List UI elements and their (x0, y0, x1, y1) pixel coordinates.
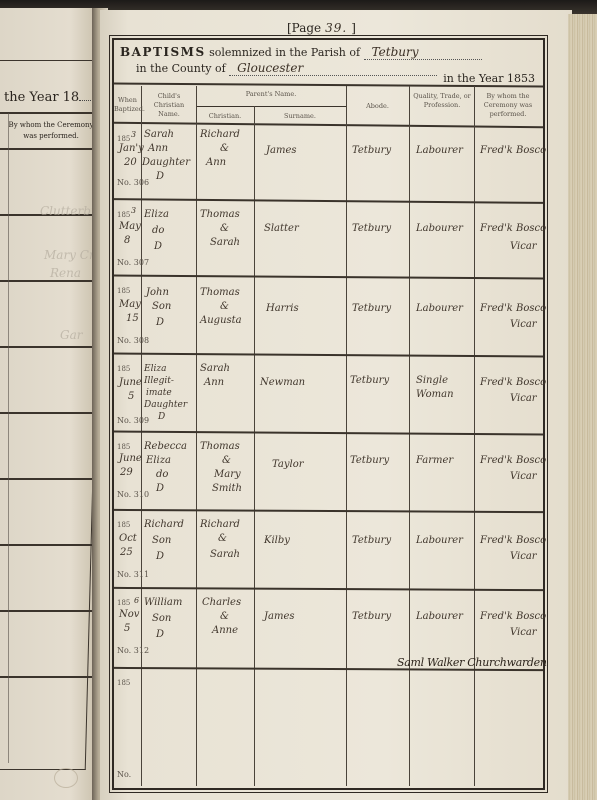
parent-christian-name: Sarah (210, 548, 240, 562)
entry-number: No. 311 (117, 568, 149, 582)
row-divider (114, 353, 543, 357)
surname: James (266, 144, 297, 158)
entry-date: Oct (119, 532, 137, 546)
officiant: Fred'k Bosco (480, 144, 546, 158)
surname: Slatter (264, 222, 299, 236)
entry-date: June (119, 376, 142, 390)
officiant: Fred'k Bosco (480, 222, 546, 236)
row-divider (114, 587, 543, 591)
header-bottom-rule (114, 122, 543, 128)
left-column-header: By whom the Ceremony was performed. (8, 120, 94, 142)
child-name: D (156, 170, 164, 184)
title-parish-label: solemnized in the Parish of (209, 46, 360, 59)
column-divider (141, 86, 142, 786)
year-value: 1853 (507, 72, 535, 85)
column-divider (409, 86, 410, 786)
officiant-title: Vicar (510, 550, 537, 564)
entry-number: No. 310 (117, 488, 149, 502)
entry-number: No. 312 (117, 644, 149, 658)
left-rule (0, 676, 94, 678)
entry-date: 5 (128, 390, 134, 404)
left-rule (0, 610, 94, 612)
parent-christian-name: Ann (204, 376, 224, 390)
entry-number: No. 309 (117, 414, 149, 428)
child-name: D (154, 240, 162, 254)
child-name: D (156, 316, 164, 330)
surname: Kilby (264, 534, 290, 548)
officiant: Fred'k Bosco (480, 454, 546, 468)
title-line-2: in the County of Gloucester (136, 61, 437, 76)
parent-christian-name: Sarah (200, 362, 230, 376)
parents-subheader-rule (196, 106, 346, 107)
parish-name: Tetbury (364, 45, 482, 60)
child-name: William (144, 596, 182, 610)
quality: Woman (416, 388, 454, 402)
header-when-baptized: When Baptized. (114, 96, 141, 114)
surname: James (264, 610, 295, 624)
title-baptisms: BAPTISMS (120, 45, 206, 59)
left-rule (0, 478, 94, 480)
child-name: John (146, 286, 169, 300)
child-name: Daughter (142, 156, 190, 170)
quality: Single (416, 374, 448, 388)
bleed-through-text: Gar (60, 328, 82, 342)
entry-date: 15 (126, 312, 139, 326)
bleed-through-text: Clutterbuck (40, 204, 100, 218)
left-column-divider (8, 113, 9, 763)
entry-year-prefix: 185 (117, 676, 130, 690)
abode: Tetbury (352, 534, 391, 548)
entry-number: No. (117, 768, 131, 782)
parent-christian-name: & (218, 532, 227, 546)
officiant: Fred'k Bosco (480, 534, 546, 548)
surname: Newman (260, 376, 305, 390)
officiant-title: Vicar (510, 318, 537, 332)
parent-christian-name: & (220, 610, 229, 624)
officiant-title: Vicar (510, 392, 537, 406)
child-name: Daughter (144, 398, 187, 412)
child-name: Eliza (144, 208, 169, 222)
left-rule (0, 412, 94, 414)
title-year: in the Year 1853 (443, 72, 535, 85)
entry-date: Nov (119, 608, 139, 622)
parent-christian-name: Richard (200, 128, 240, 142)
quality: Labourer (416, 222, 463, 236)
entry-date: 29 (120, 466, 133, 480)
parent-christian-name: Augusta (200, 314, 242, 328)
child-name: D (156, 628, 164, 642)
bleed-through-text: Rena (50, 266, 81, 280)
column-divider (346, 86, 347, 786)
officiant-title: Vicar (510, 240, 537, 254)
page-number-label: [Page39.] (287, 21, 356, 35)
quality: Labourer (416, 610, 463, 624)
parent-christian-name: Charles (202, 596, 241, 610)
left-year-text: the Year 18 (4, 90, 79, 105)
entry-date: May (119, 298, 141, 312)
entry-number: No. 308 (117, 334, 149, 348)
parent-christian-name: & (222, 454, 231, 468)
parent-christian-name: Thomas (200, 286, 240, 300)
child-name: do (156, 468, 168, 482)
baptism-register: BAPTISMS solemnized in the Parish of Tet… (112, 38, 545, 790)
county-label: in the County of (136, 62, 226, 75)
row-divider (114, 275, 543, 279)
page-stain (54, 768, 78, 788)
entry-date: 25 (120, 546, 133, 560)
parent-christian-name: Smith (212, 482, 242, 496)
entry-date: 20 (124, 156, 137, 170)
left-rule (0, 346, 94, 348)
child-name: Son (152, 534, 171, 548)
entry-number: No. 306 (117, 176, 149, 190)
parent-christian-name: Mary (214, 468, 241, 482)
header-abode: Abode. (346, 102, 409, 111)
child-name: D (158, 410, 165, 424)
column-divider (254, 106, 255, 786)
officiant: Fred'k Bosco (480, 376, 546, 390)
parent-christian-name: Thomas (200, 208, 240, 222)
header-quality: Quality, Trade, or Profession. (410, 92, 474, 110)
abode: Tetbury (352, 222, 391, 236)
row-divider (114, 509, 543, 513)
left-register-frame (0, 60, 100, 770)
parent-christian-name: Thomas (200, 440, 240, 454)
left-page: the Year 18 By whom the Ceremony was per… (0, 8, 100, 800)
officiant: Fred'k Bosco (480, 610, 546, 624)
entry-date: May (119, 220, 141, 234)
child-name: D (156, 482, 164, 496)
parent-christian-name: Ann (206, 156, 226, 170)
entry-date: 3 (131, 128, 136, 142)
entry-date: 5 (124, 622, 130, 636)
header-parents-surname: Surname. (254, 112, 346, 121)
quality: Labourer (416, 302, 463, 316)
parent-christian-name: & (220, 300, 229, 314)
entry-number: No. 307 (117, 256, 149, 270)
entry-date: 8 (124, 234, 130, 248)
parent-christian-name: & (220, 142, 229, 156)
header-by-whom: By whom the Ceremony was performed. (475, 92, 541, 119)
header-parents-name: Parent's Name. (196, 90, 346, 99)
surname: Taylor (272, 458, 304, 472)
child-name: Richard (144, 518, 184, 532)
entry-year-prefix: 185 (117, 518, 130, 532)
entry-year-prefix: 185 (117, 284, 130, 298)
entry-date: 3 (131, 204, 136, 218)
column-divider (474, 86, 475, 786)
county-name: Gloucester (229, 61, 437, 76)
register-title: BAPTISMS solemnized in the Parish of Tet… (114, 40, 543, 84)
churchwarden-signature: Saml Walker Churchwarden (397, 656, 547, 669)
quality: Farmer (416, 454, 453, 468)
year-label: in the Year (443, 72, 503, 85)
abode: Tetbury (352, 302, 391, 316)
quality: Labourer (416, 144, 463, 158)
page-suffix: ] (351, 21, 356, 35)
surname: Harris (266, 302, 299, 316)
left-rule (0, 280, 94, 282)
parent-christian-name: Anne (212, 624, 238, 638)
officiant: Fred'k Bosco (480, 302, 546, 316)
officiant-title: Vicar (510, 470, 537, 484)
page-prefix: [Page (287, 21, 321, 35)
child-name: D (156, 550, 164, 564)
abode: Tetbury (352, 610, 391, 624)
child-name: do (152, 224, 164, 238)
child-name: Son (152, 612, 171, 626)
left-rule (0, 148, 94, 150)
officiant-title: Vicar (510, 626, 537, 640)
abode: Tetbury (350, 454, 389, 468)
child-name: Son (152, 300, 171, 314)
quality: Labourer (416, 534, 463, 548)
page-edges (568, 14, 597, 800)
child-name: Sarah (144, 128, 174, 142)
row-divider (114, 431, 543, 435)
left-rule (0, 112, 94, 114)
column-divider (196, 86, 197, 786)
entry-date: Jan'y (119, 142, 144, 156)
header-parents-christian: Christian. (196, 112, 254, 121)
title-line-1: BAPTISMS solemnized in the Parish of Tet… (120, 45, 482, 60)
abode: Tetbury (352, 144, 391, 158)
entry-year-prefix: 185 (117, 362, 130, 376)
parent-christian-name: Richard (200, 518, 240, 532)
child-name: Eliza (146, 454, 171, 468)
left-year-label: the Year 18 (4, 90, 100, 105)
parent-christian-name: Sarah (210, 236, 240, 250)
child-name: Ann (148, 142, 168, 156)
left-rule (0, 544, 94, 546)
page-number: 39. (325, 21, 347, 35)
header-child-name: Child's Christian Name. (142, 92, 196, 119)
entry-date: 6 (134, 594, 139, 608)
entry-date: June (119, 452, 142, 466)
row-divider (114, 198, 543, 203)
abode: Tetbury (350, 374, 389, 388)
parent-christian-name: & (220, 222, 229, 236)
child-name: Rebecca (144, 440, 187, 454)
